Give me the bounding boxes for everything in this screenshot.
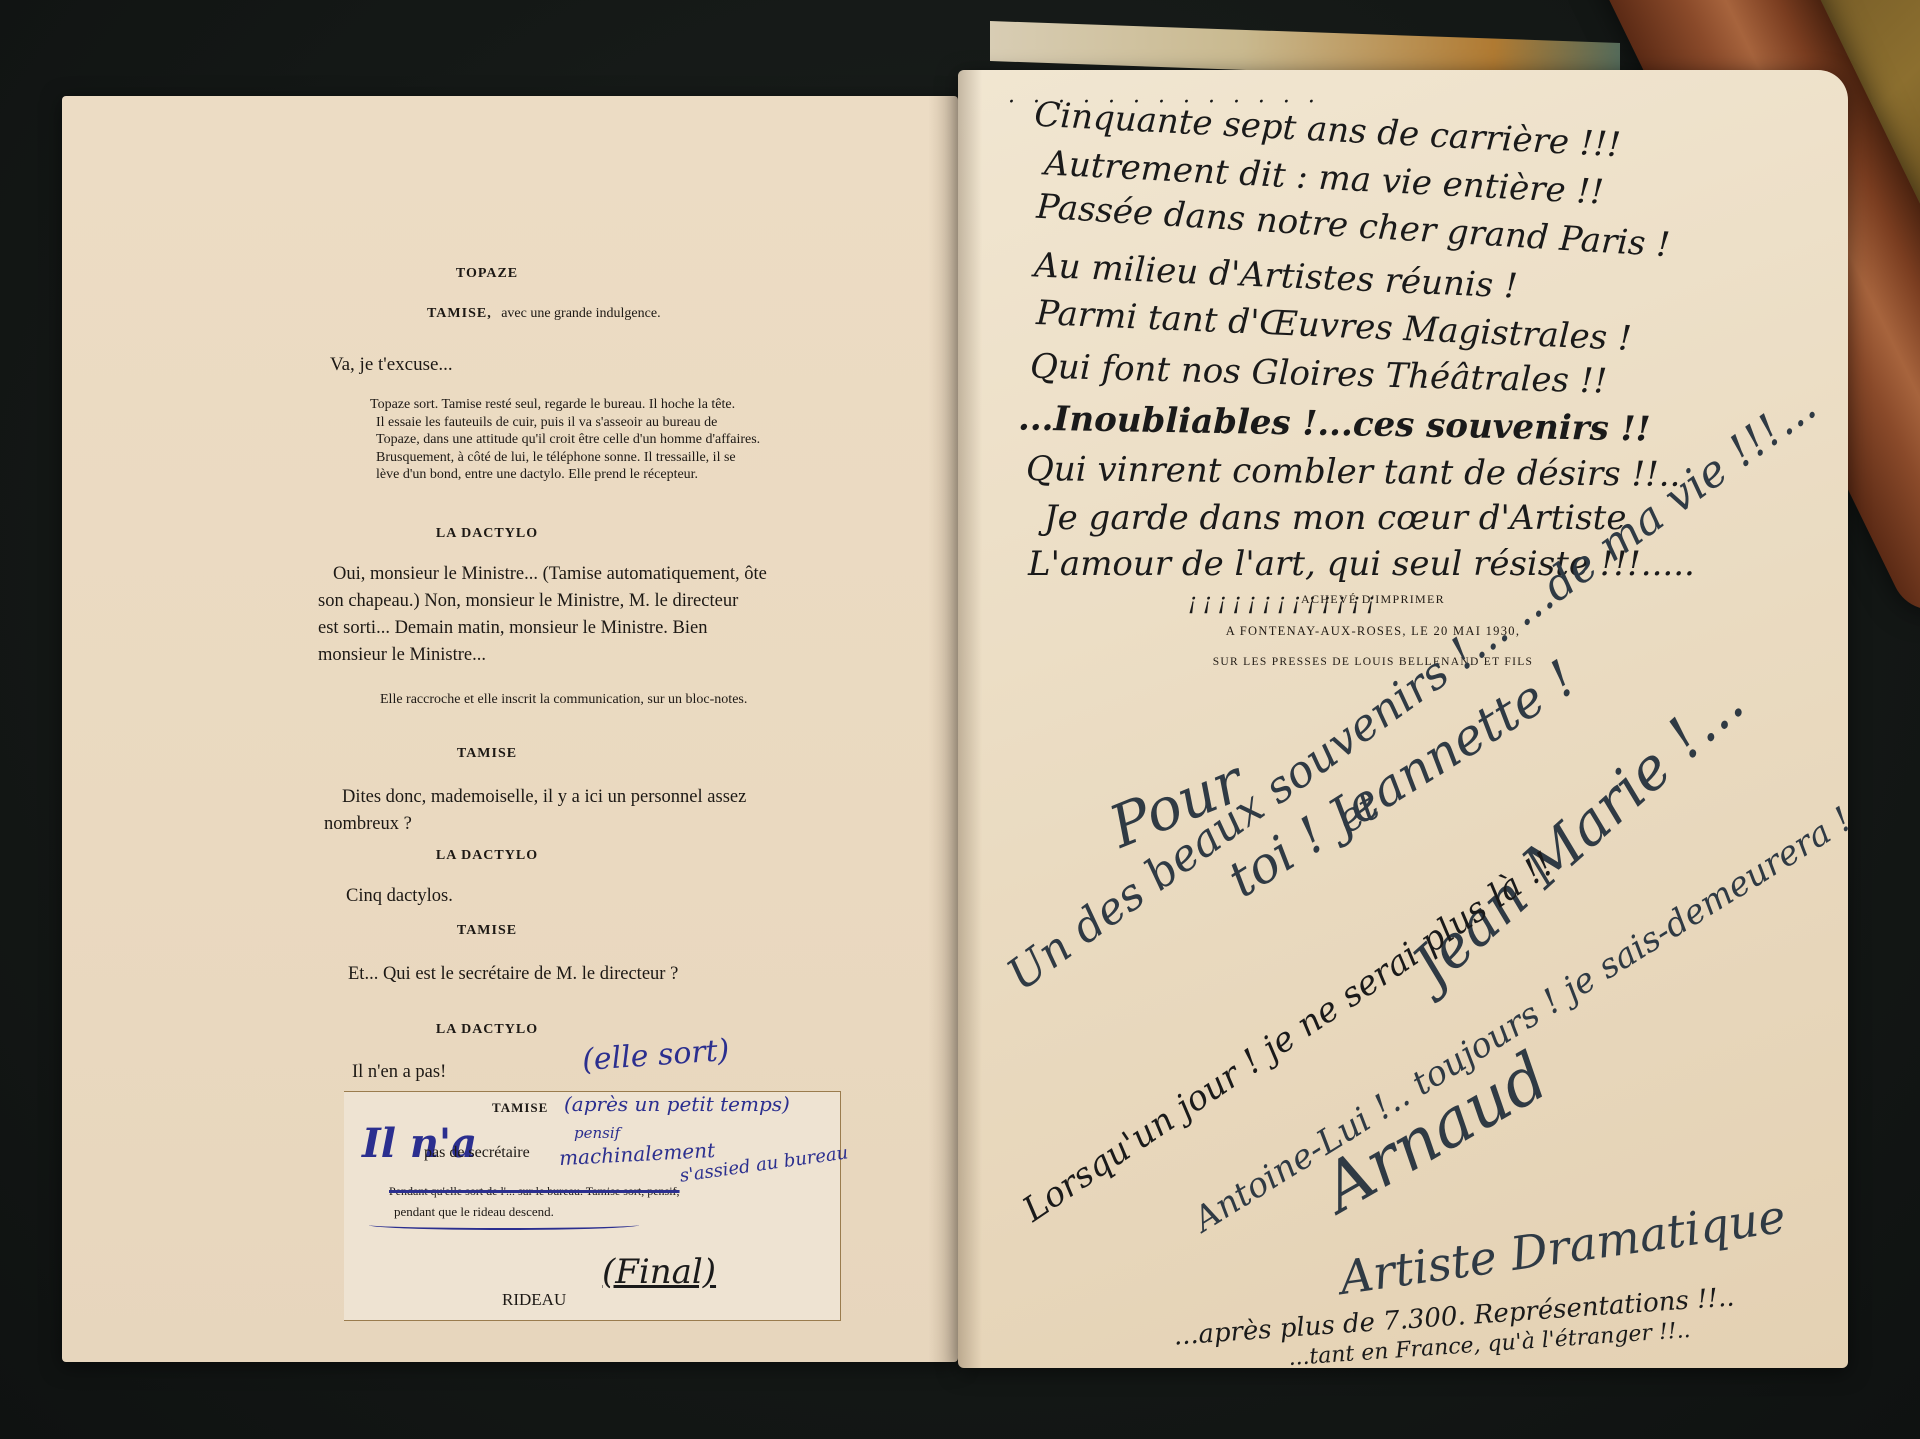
colophon-line-2: A FONTENAY-AUX-ROSES, LE 20 MAI 1930, xyxy=(958,624,1818,639)
stage-line: Topaze sort. Tamise resté seul, regarde … xyxy=(370,396,760,414)
dialogue-line: est sorti... Demain matin, monsieur le M… xyxy=(318,615,767,642)
page-gutter-shadow xyxy=(928,96,958,1362)
slip-stage-line: pendant que le rideau descend. xyxy=(394,1204,554,1220)
speaker-name: LA DACTYLO xyxy=(62,526,912,542)
poem-line: ...Inoubliables !...ces souvenirs !! xyxy=(1018,398,1651,449)
colophon-line-3: SUR LES PRESSES DE LOUIS BELLENAND ET FI… xyxy=(958,656,1818,668)
speaker-name: TAMISE xyxy=(492,1100,548,1116)
dialogue-line: son chapeau.) Non, monsieur le Ministre,… xyxy=(318,588,767,615)
speaker-name: TAMISE xyxy=(62,923,912,939)
dialogue-line: Et... Qui est le secrétaire de M. le dir… xyxy=(348,964,678,985)
slip-line: pas de secrétaire xyxy=(424,1144,530,1162)
poem-line: Je garde dans mon cœur d'Artiste xyxy=(1044,498,1626,538)
handwritten-annotation: (après un petit temps) xyxy=(564,1092,790,1116)
dialogue-block: Oui, monsieur le Ministre... (Tamise aut… xyxy=(318,561,767,669)
dialogue-line: monsieur le Ministre... xyxy=(318,642,767,669)
wavy-strike xyxy=(369,1220,639,1230)
stage-line: Topaze, dans une attitude qu'il croit êt… xyxy=(370,431,760,449)
stage-line: Il essaie les fauteuils de cuir, puis il… xyxy=(370,414,760,432)
right-page: ············· Cinquante sept ans de carr… xyxy=(958,70,1848,1368)
page-gutter-shadow xyxy=(958,70,982,1368)
running-head: TOPAZE xyxy=(62,266,912,282)
struck-line: Pendant qu'elle sort de l'... sur le bur… xyxy=(389,1184,680,1199)
left-page: TOPAZE TAMISE, avec une grande indulgenc… xyxy=(62,96,958,1362)
dialogue-line: Cinq dactylos. xyxy=(346,886,453,907)
dialogue-line: nombreux ? xyxy=(324,811,746,838)
handwritten-annotation: pensif xyxy=(574,1124,620,1142)
dialogue-block: Dites donc, mademoiselle, il y a ici un … xyxy=(324,784,746,838)
handwritten-annotation: (elle sort) xyxy=(581,1033,731,1078)
speaker-direction: TAMISE, avec une grande indulgence. xyxy=(427,306,661,322)
speaker-name: TAMISE xyxy=(62,746,912,762)
speaker-name: LA DACTYLO xyxy=(62,1022,912,1038)
stage-direction: Elle raccroche et elle inscrit la commun… xyxy=(380,691,747,709)
speaker-name: LA DACTYLO xyxy=(62,848,912,864)
stage-line: lève d'un bond, entre une dactylo. Elle … xyxy=(370,466,760,484)
dialogue-line: Il n'en a pas! xyxy=(352,1062,446,1083)
poem-line: Qui vinrent combler tant de désirs !!.. xyxy=(1026,449,1681,495)
slip-end-line: RIDEAU xyxy=(502,1290,566,1310)
poem-line: Qui font nos Gloires Théâtrales !! xyxy=(1030,346,1608,401)
handwritten-annotation: (Final) xyxy=(602,1252,716,1292)
colophon-line-1: ACHEVÉ D'IMPRIMER xyxy=(958,592,1818,607)
dialogue-line: Dites donc, mademoiselle, il y a ici un … xyxy=(324,784,746,811)
speaker-name: TAMISE, xyxy=(427,306,492,321)
stage-direction-block: Topaze sort. Tamise resté seul, regarde … xyxy=(370,396,760,484)
dialogue-line: Va, je t'excuse... xyxy=(330,354,453,376)
pasted-slip: TAMISE (après un petit temps) Il n'a pas… xyxy=(344,1091,841,1321)
dialogue-line: Oui, monsieur le Ministre... (Tamise aut… xyxy=(318,561,767,588)
stage-line: Brusquement, à côté de lui, le téléphone… xyxy=(370,449,760,467)
stage-direction: avec une grande indulgence. xyxy=(501,306,660,321)
